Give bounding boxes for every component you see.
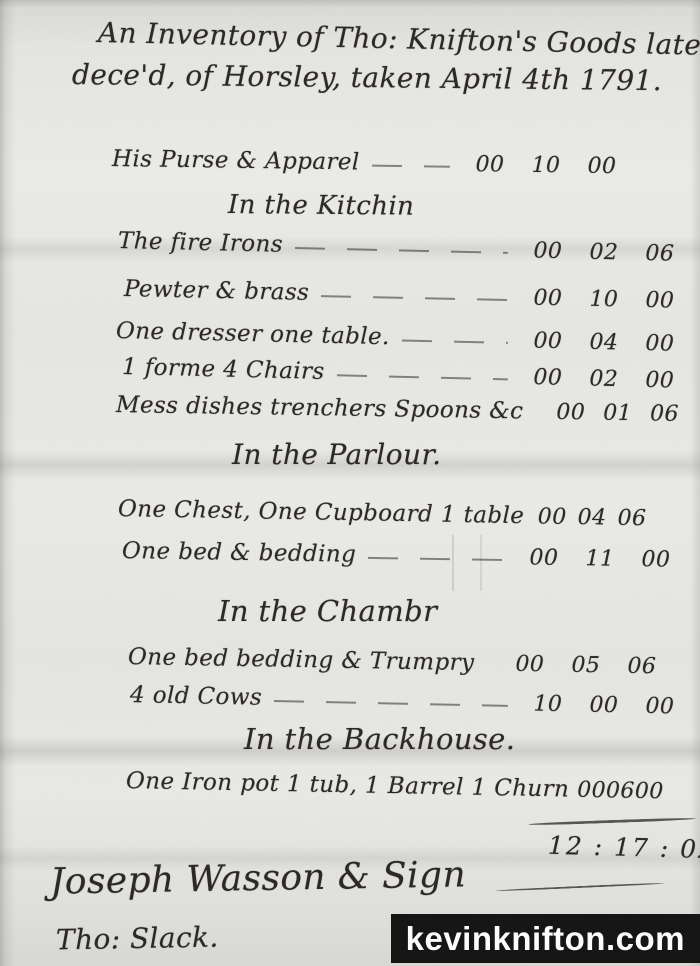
amount-pence: 00 (632, 288, 689, 314)
amount-pence: 00 (632, 367, 689, 393)
amount-pence: 00 (574, 153, 630, 179)
amount-pence: 00 (632, 694, 689, 720)
dash-leader (274, 700, 508, 707)
item-label: One Iron pot 1 tub, 1 Barrel 1 Churn (126, 768, 570, 803)
signature-rule-line (496, 882, 664, 891)
dash-leader (478, 662, 498, 664)
item-label: Pewter & brass (124, 276, 310, 306)
section-heading-kitchin: In the Kitchin (228, 190, 415, 222)
item-label: 4 old Cows (130, 682, 263, 711)
item-label: 1 forme 4 Chairs (122, 354, 325, 385)
inventory-row: One Iron pot 1 tub, 1 Barrel 1 Churn 00 … (126, 768, 658, 804)
inventory-row: One bed & bedding 00 11 00 (122, 538, 684, 573)
dash-leader (402, 339, 508, 343)
amount-pence: 06 (614, 653, 670, 679)
inventory-row: One dresser one table. 00 04 00 (116, 318, 688, 357)
amount-shillings: 02 (576, 366, 633, 392)
inventory-row: Mess dishes trenchers Spoons &c 00 01 06 (116, 392, 688, 427)
watermark-label: kevinknifton.com (406, 920, 685, 958)
amount-shillings: 05 (558, 653, 614, 679)
signature-appraiser-2: Tho: Slack. (56, 921, 219, 957)
amount-pounds: 00 (516, 545, 572, 571)
amount-pounds: 10 (520, 691, 577, 717)
inventory-row: 1 forme 4 Chairs 00 02 00 (122, 354, 688, 394)
amount-pounds: 00 (502, 652, 558, 678)
document-title-line-2: dece'd, of Horsley, taken April 4th 1791… (72, 58, 662, 97)
amount-pence: 00 (632, 331, 689, 357)
item-label: His Purse & Apparel (112, 146, 360, 175)
amount-pence: 06 (632, 241, 689, 267)
amount-shillings: 04 (572, 505, 612, 531)
dash-leader (372, 165, 450, 168)
section-heading-backhouse: In the Backhouse. (244, 722, 515, 756)
item-label: One dresser one table. (116, 318, 390, 350)
amount-shillings: 10 (518, 153, 574, 179)
item-label: One bed bedding & Trumpry (128, 644, 475, 676)
amount-shillings: 10 (576, 286, 633, 312)
amount-pence: 00 (628, 547, 684, 573)
inventory-row: One Chest, One Cupboard 1 table 00 04 06 (118, 496, 652, 531)
amount-pounds: 00 (547, 400, 594, 426)
amount-shillings: 11 (572, 546, 628, 572)
inventory-row: Pewter & brass 00 10 00 (124, 276, 688, 314)
amount-shillings: 06 (606, 778, 635, 804)
section-heading-parlour: In the Parlour. (232, 438, 441, 471)
total-value: 12 : 17 : 02 (548, 831, 700, 864)
amount-pence: 06 (612, 506, 652, 532)
dash-leader (321, 295, 508, 301)
item-label: The fire Irons (118, 228, 284, 258)
inventory-row: One bed bedding & Trumpry 00 05 06 (128, 644, 670, 679)
inventory-row: His Purse & Apparel 00 10 00 (112, 146, 630, 179)
amount-shillings: 00 (576, 692, 633, 718)
amount-pence: 00 (635, 779, 664, 805)
amount-pounds: 00 (577, 778, 606, 804)
signature-appraiser-1: Joseph Wasson & Sign (50, 854, 467, 902)
amount-shillings: 04 (576, 329, 633, 355)
amount-shillings: 01 (594, 401, 641, 427)
item-label: One Chest, One Cupboard 1 table (118, 496, 525, 529)
document-title-line-1: An Inventory of Tho: Knifton's Goods lat… (98, 16, 700, 62)
amount-pounds: 00 (520, 285, 577, 311)
amount-shillings: 02 (576, 239, 633, 265)
inventory-row: 4 old Cows 10 00 00 (130, 682, 688, 720)
section-heading-chamber: In the Chambr (218, 594, 437, 628)
amount-pounds: 00 (462, 152, 518, 178)
dash-leader (368, 557, 504, 561)
amount-pounds: 00 (520, 365, 577, 391)
amount-pounds: 00 (520, 238, 577, 264)
dash-leader (295, 247, 508, 254)
dash-leader (336, 374, 507, 380)
inventory-row: The fire Irons 00 02 06 (118, 228, 688, 267)
scanned-inventory-document: An Inventory of Tho: Knifton's Goods lat… (0, 0, 700, 966)
item-label: One bed & bedding (122, 538, 357, 568)
watermark-banner: kevinknifton.com (391, 914, 700, 963)
amount-pounds: 00 (520, 328, 577, 354)
amount-pounds: 00 (532, 504, 572, 530)
amount-pence: 06 (641, 401, 688, 427)
item-label: Mess dishes trenchers Spoons &c (116, 392, 524, 424)
total-rule-line (528, 817, 696, 826)
